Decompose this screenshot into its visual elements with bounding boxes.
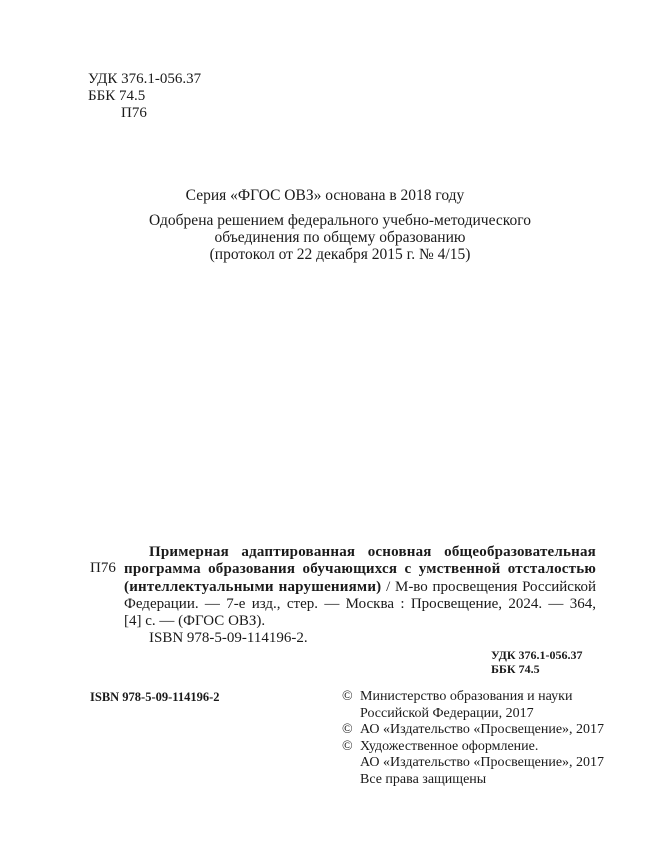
biblio-author-mark: П76 — [90, 560, 116, 577]
biblio-edition-line: Федерации. — 7-е изд., стер. — Москва : … — [124, 596, 596, 613]
biblio-title-line-2: программа образования обучающихся с умст… — [124, 561, 596, 578]
copyright-icon: © — [342, 739, 360, 756]
classification-codes-top: УДК 376.1-056.37 ББК 74.5 П76 — [88, 71, 201, 122]
approval-line-3: (протокол от 22 декабря 2015 г. № 4/15) — [0, 246, 650, 263]
copyright-icon: © — [342, 689, 360, 706]
bbk-code: ББК 74.5 — [88, 88, 201, 105]
approval-line-2: объединения по общему образованию — [0, 229, 650, 246]
biblio-responsibility: / М-во просвещения Российской — [381, 579, 596, 595]
copyright-item: © Художественное оформление. — [342, 739, 604, 756]
bibliographic-record: Примерная адаптированная основная общеоб… — [124, 544, 596, 648]
udk-code: УДК 376.1-056.37 — [88, 71, 201, 88]
copyright-item: © АО «Издательство «Просвещение», 2017 — [342, 722, 604, 739]
copyright-line: Российской Федерации, 2017 — [342, 706, 604, 723]
copyright-line: Министерство образования и науки — [360, 689, 572, 706]
copyright-line: Художественное оформление. — [360, 739, 538, 756]
author-mark: П76 — [88, 105, 201, 122]
series-text: Серия «ФГОС ОВЗ» основана в 2018 году — [186, 187, 465, 204]
copyright-line: АО «Издательство «Просвещение», 2017 — [360, 722, 604, 739]
copyright-line: АО «Издательство «Просвещение», 2017 — [342, 755, 604, 772]
copyright-block: © Министерство образования и науки Росси… — [342, 689, 604, 788]
copyright-item: © Министерство образования и науки — [342, 689, 604, 706]
biblio-title-line-1: Примерная адаптированная основная общеоб… — [124, 544, 596, 561]
copyright-icon: © — [342, 722, 360, 739]
bbk-code-bottom: ББК 74.5 — [491, 662, 583, 676]
biblio-isbn: ISBN 978-5-09-114196-2. — [124, 630, 596, 647]
approval-line-1: Одобрена решением федерального учебно-ме… — [0, 212, 650, 229]
udk-code-bottom: УДК 376.1-056.37 — [491, 648, 583, 662]
rights-reserved: Все права защищены — [342, 772, 604, 789]
series-note: Серия «ФГОС ОВЗ» основана в 2018 году — [0, 187, 650, 205]
isbn-bottom: ISBN 978-5-09-114196-2 — [90, 690, 220, 705]
approval-note: Одобрена решением федерального учебно-ме… — [0, 212, 650, 263]
biblio-title-line-3: (интеллектуальными нарушениями) / М-во п… — [124, 579, 596, 596]
biblio-title-tail: (интеллектуальными нарушениями) — [124, 579, 381, 595]
biblio-pages-line: [4] с. — (ФГОС ОВЗ). — [124, 613, 596, 630]
classification-codes-bottom: УДК 376.1-056.37 ББК 74.5 — [491, 648, 583, 676]
